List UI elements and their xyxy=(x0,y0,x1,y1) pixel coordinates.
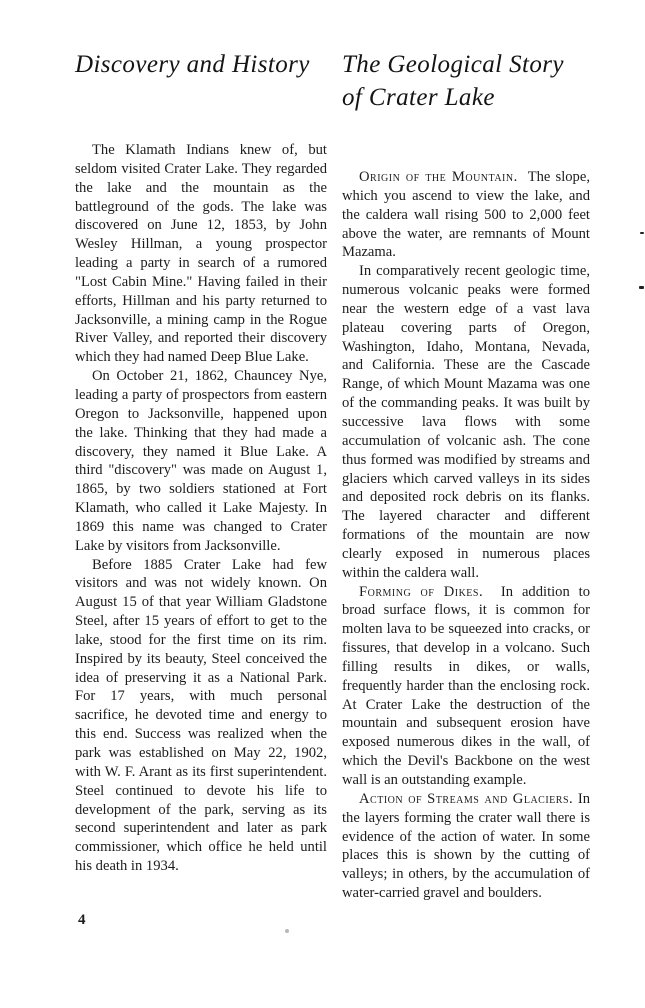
right-column-body: Origin of the Mountain. The slope, which… xyxy=(342,168,590,903)
scan-speck xyxy=(640,232,644,234)
paragraph-text: In addition to broad surface flows, it i… xyxy=(342,584,590,788)
scan-speck xyxy=(285,929,289,933)
paragraph-text: In the layers forming the crater wall th… xyxy=(342,791,590,901)
paragraph: In comparatively recent geologic time, n… xyxy=(342,262,590,582)
paragraph: Origin of the Mountain. The slope, which… xyxy=(342,168,590,262)
paragraph: On October 21, 1862, Chauncey Nye, leadi… xyxy=(75,367,327,555)
left-column-body: The Klamath Indians knew of, but seldom … xyxy=(75,141,327,876)
paragraph: The Klamath Indians knew of, but seldom … xyxy=(75,141,327,367)
subheading-action-of-streams-glaciers: Action of Streams and Glaciers. xyxy=(359,791,573,807)
paragraph: Action of Streams and Glaciers. In the l… xyxy=(342,790,590,903)
left-column: Discovery and History The Klamath Indian… xyxy=(75,48,327,876)
scan-speck xyxy=(639,286,644,289)
section-title-geological-story: The Geological Story of Crater Lake xyxy=(342,48,590,114)
page-number: 4 xyxy=(78,912,86,929)
paragraph: Forming of Dikes. In addition to broad s… xyxy=(342,583,590,790)
subheading-origin-of-mountain: Origin of the Mountain. xyxy=(359,169,518,185)
section-title-discovery-history: Discovery and History xyxy=(75,48,327,81)
paragraph: Before 1885 Crater Lake had few visitors… xyxy=(75,556,327,876)
document-page: Discovery and History The Klamath Indian… xyxy=(0,0,645,1008)
right-column: The Geological Story of Crater Lake Orig… xyxy=(342,48,590,903)
subheading-forming-of-dikes: Forming of Dikes. xyxy=(359,584,483,600)
